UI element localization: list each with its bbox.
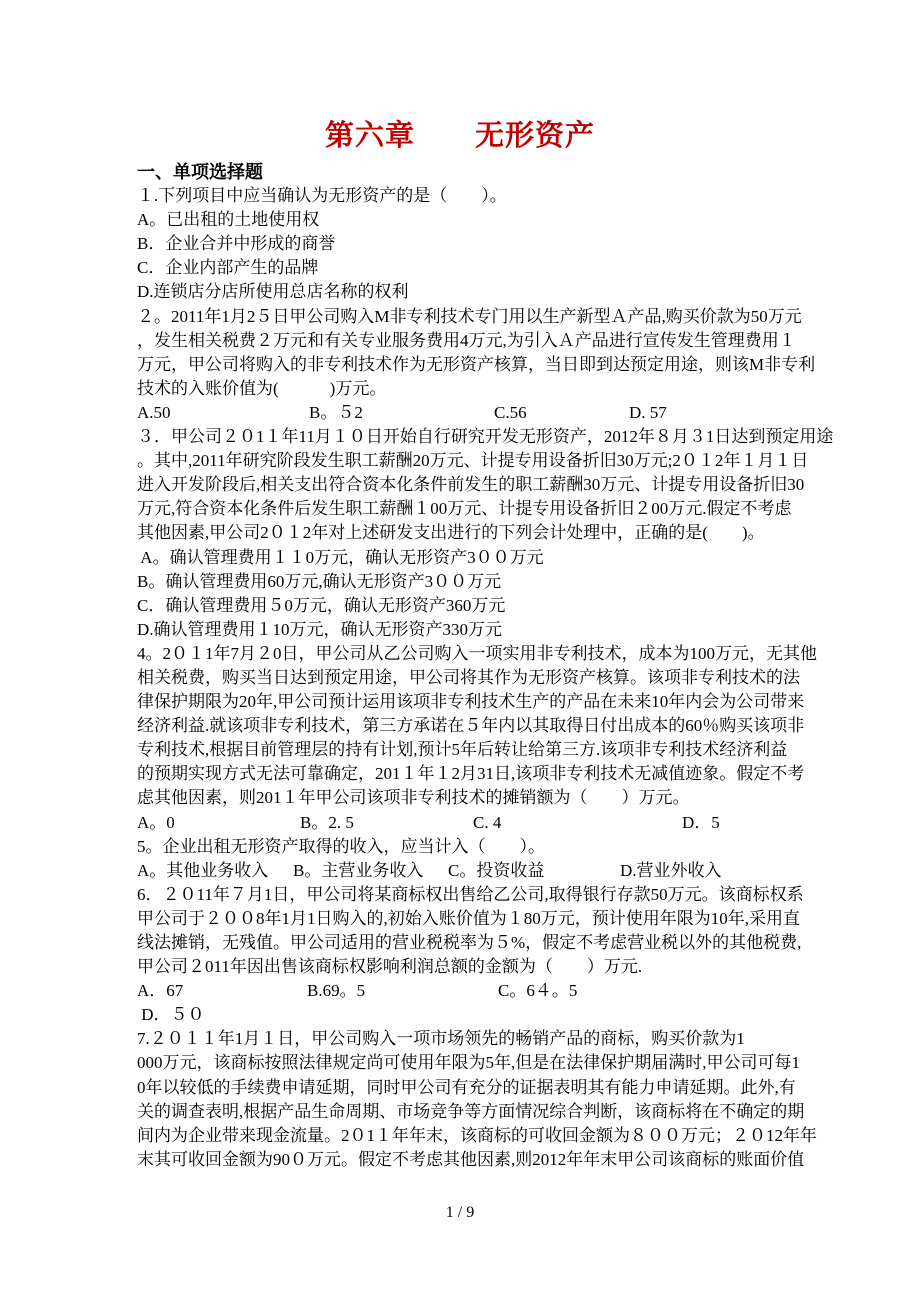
options-row: A。其他业务收入B。主营业务收入C。投资收益D.营业外收入	[137, 859, 807, 883]
question-stem-line: 5。企业出租无形资产取得的收入，应当计入（ ）。	[137, 835, 807, 859]
document-body: 一、单项选择题 １.下列项目中应当确认为无形资产的是（ ）。A。已出租的土地使用…	[137, 160, 807, 1172]
question-stem-line: 的预期实现方式无法可靠确定，201１年１2月31日,该项非专利技术无减值迹象。假…	[137, 762, 807, 786]
question-stem-line: ３．甲公司２０1１年11月１０日开始自行研究开发无形资产，2012年８月３1日达…	[137, 425, 807, 449]
question-stem-line: 万元，甲公司将购入的非专利技术作为无形资产核算，当日即到达预定用途，则该M非专利	[137, 353, 807, 377]
question-stem-line: 000万元，该商标按照法律规定尚可使用年限为5年,但是在法律保护期届满时,甲公司…	[137, 1051, 807, 1075]
question-stem-line: 相关税费，购买当日达到预定用途，甲公司将其作为无形资产核算。该项非专利技术的法	[137, 666, 807, 690]
option-label: D. 57	[629, 401, 667, 425]
question-stem-line: ２。2011年1月2５日甲公司购入M非专利技术专门用以生产新型Ａ产品,购买价款为…	[137, 305, 807, 329]
question-stem-line: ，发生相关税费２万元和有关专业服务费用4万元,为引入Ａ产品进行宣传发生管理费用１	[137, 329, 807, 353]
option-label: B。2. 5	[300, 811, 354, 835]
options-row: A．67B.69。5C。6４。5	[137, 979, 807, 1003]
question-stem-line: 4。2０１1年7月２0日，甲公司从乙公司购入一项实用非专利技术，成本为100万元…	[137, 642, 807, 666]
question-stem-line: 其他因素,甲公司2０１2年对上述研发支出进行的下列会计处理中，正确的是( )。	[137, 521, 807, 545]
question-stem-line: 虑其他因素，则201１年甲公司该项非专利技术的摊销额为（ ）万元。	[137, 786, 807, 810]
question-stem-line: 技术的入账价值为( )万元。	[137, 377, 807, 401]
option-label: A.50	[137, 401, 171, 425]
question-stem-line: 。其中,2011年研究阶段发生职工薪酬20万元、计提专用设备折旧30万元;2０１…	[137, 449, 807, 473]
chapter-title: 第六章 无形资产	[0, 113, 920, 154]
option-line: B。确认管理费用60万元,确认无形资产3００万元	[137, 570, 807, 594]
option-label: C.56	[494, 401, 527, 425]
question-stem-line: 间内为企业带来现金流量。2０1１年年末，该商标的可收回金额为８００万元；２０12…	[137, 1124, 807, 1148]
question-stem-line: 6．２０11年７月1日，甲公司将某商标权出售给乙公司,取得银行存款50万元。该商…	[137, 883, 807, 907]
question-stem-line: 甲公司２011年因出售该商标权影响利润总额的金额为（ ）万元.	[137, 955, 807, 979]
question-stem-line: 末其可收回金额为90０万元。假定不考虑其他因素,则2012年年末甲公司该商标的账…	[137, 1148, 807, 1172]
question-stem-line: １.下列项目中应当确认为无形资产的是（ ）。	[137, 184, 807, 208]
question-stem-line: 0年以较低的手续费申请延期，同时甲公司有充分的证据表明其有能力申请延期。此外,有	[137, 1076, 807, 1100]
option-line: C．确认管理费用５0万元，确认无形资产360万元	[137, 594, 807, 618]
option-label: D.营业外收入	[620, 859, 722, 883]
option-line: D.连锁店分店所使用总店名称的权利	[137, 280, 807, 304]
question-stem-line: 7.２０１１年1月１日，甲公司购入一项市场领先的畅销产品的商标，购买价款为1	[137, 1027, 807, 1051]
option-label: C。6４。5	[498, 979, 577, 1003]
page-number: 1 / 9	[0, 1204, 920, 1222]
question-stem-line: 经济利益.就该项非专利技术，第三方承诺在５年内以其取得日付出成本的60％购买该项…	[137, 714, 807, 738]
option-label: B。５2	[309, 401, 363, 425]
option-line: C．企业内部产生的品牌	[137, 256, 807, 280]
option-line: D.确认管理费用１10万元，确认无形资产330万元	[137, 618, 807, 642]
option-label: B.69。5	[307, 979, 365, 1003]
section-heading: 一、单项选择题	[137, 160, 807, 184]
option-label: C。投资收益	[448, 859, 544, 883]
option-line: D．５０	[137, 1003, 807, 1027]
option-label: A。其他业务收入	[137, 859, 268, 883]
question-stem-line: 专利技术,根据目前管理层的持有计划,预计5年后转让给第三方.该项非专利技术经济利…	[137, 738, 807, 762]
options-row: A.50B。５2C.56D. 57	[137, 401, 807, 425]
option-label: B。主营业务收入	[293, 859, 423, 883]
question-stem-line: 万元,符合资本化条件后发生职工薪酬１00万元、计提专用设备折旧２00万元.假定不…	[137, 497, 807, 521]
question-stem-line: 律保护期限为20年,甲公司预计运用该项非专利技术生产的产品在未来10年内会为公司…	[137, 690, 807, 714]
option-label: A．67	[137, 979, 183, 1003]
question-stem-line: 关的调查表明,根据产品生命周期、市场竞争等方面情况综合判断，该商标将在不确定的期	[137, 1100, 807, 1124]
options-row: A。0B。2. 5C. 4D．5	[137, 811, 807, 835]
option-label: A。0	[137, 811, 175, 835]
option-line: A。已出租的土地使用权	[137, 208, 807, 232]
option-label: C. 4	[473, 811, 501, 835]
option-line: B．企业合并中形成的商誉	[137, 232, 807, 256]
option-line: A。确认管理费用１１0万元，确认无形资产3００万元	[137, 546, 807, 570]
option-label: D．5	[682, 811, 720, 835]
question-stem-line: 进入开发阶段后,相关支出符合资本化条件前发生的职工薪酬30万元、计提专用设备折旧…	[137, 473, 807, 497]
question-stem-line: 线法摊销，无残值。甲公司适用的营业税税率为５%，假定不考虑营业税以外的其他税费,	[137, 931, 807, 955]
document-page: 第六章 无形资产 一、单项选择题 １.下列项目中应当确认为无形资产的是（ ）。A…	[0, 0, 920, 1302]
question-stem-line: 甲公司于２００8年1月1日购入的,初始入账价值为１80万元，预计使用年限为10年…	[137, 907, 807, 931]
